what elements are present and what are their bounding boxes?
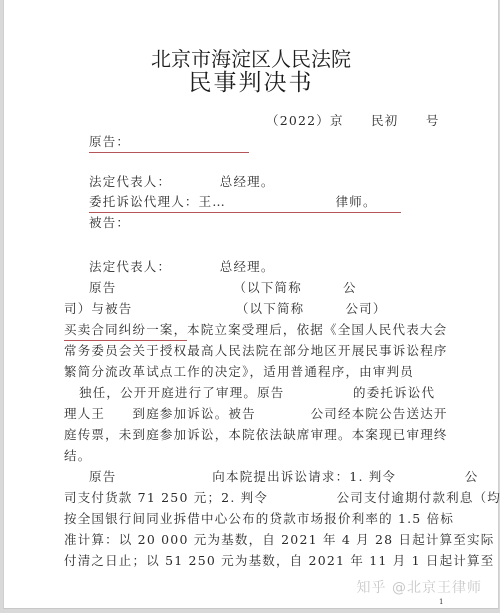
defendant-legal-rep-line: 法定代表人： 总经理。: [89, 257, 275, 275]
body-line: 司支付货款 71 250 元；2. 判令 公司支付逾期付款利息（均: [64, 488, 500, 506]
body-line: 按全国银行间同业拆借中心公布的贷款市场报价利率的 1.5 倍标: [64, 509, 454, 527]
body-line: 常务委员会关于授权最高人民法院在部分地区开展民事诉讼程序: [64, 341, 448, 359]
body-line: 理人王 到庭参加诉讼。被告 公司经本院公告送达开: [64, 404, 448, 422]
agent-line: 委托诉讼代理人：王… 律师。: [89, 192, 401, 213]
body-line: 司）与被告 （以下简称 公司）: [64, 299, 387, 317]
plaintiff-line: 原告：: [89, 132, 249, 153]
body-line: 本院立案受理后，依据《全国人民代表大会: [187, 320, 447, 338]
case-type-underlined: 买卖合同纠纷一案，: [64, 320, 187, 341]
defendant-line: 被告：: [89, 213, 130, 231]
watermark: 知乎 @北京王律师: [357, 577, 482, 597]
document-page: 北京市海淀区人民法院 民事判决书 （2022）京 民初 号 原告： 法定代表人：…: [3, 0, 499, 609]
body-line: 准计算：以 20 000 元为基数，自 2021 年 4 月 28 日起计算至实…: [64, 530, 494, 548]
body-line: 原告 （以下简称 公: [89, 278, 357, 296]
document-title: 民事判决书: [4, 64, 498, 97]
body-line: 庭传票，未到庭参加诉讼，本院依法缺席审理。本案现已审理终: [64, 425, 448, 443]
case-number: （2022）京 民初 号: [266, 111, 440, 129]
body-line: 独任，公开开庭进行了审理。原告 的委托诉讼代: [79, 383, 435, 401]
body-line: 原告 向本院提出诉讼请求：1. 判令 公: [89, 467, 478, 485]
legal-rep-line: 法定代表人： 总经理。: [89, 172, 275, 190]
page-number: 1: [439, 598, 443, 606]
body-line: 付清之日止；以 51 250 元为基数，自 2021 年 11 月 1 日起计算…: [64, 551, 494, 569]
body-line: 繁简分流改革试点工作的决定》，适用普通程序，由审判员: [64, 362, 414, 380]
body-line: 结。: [64, 446, 91, 464]
